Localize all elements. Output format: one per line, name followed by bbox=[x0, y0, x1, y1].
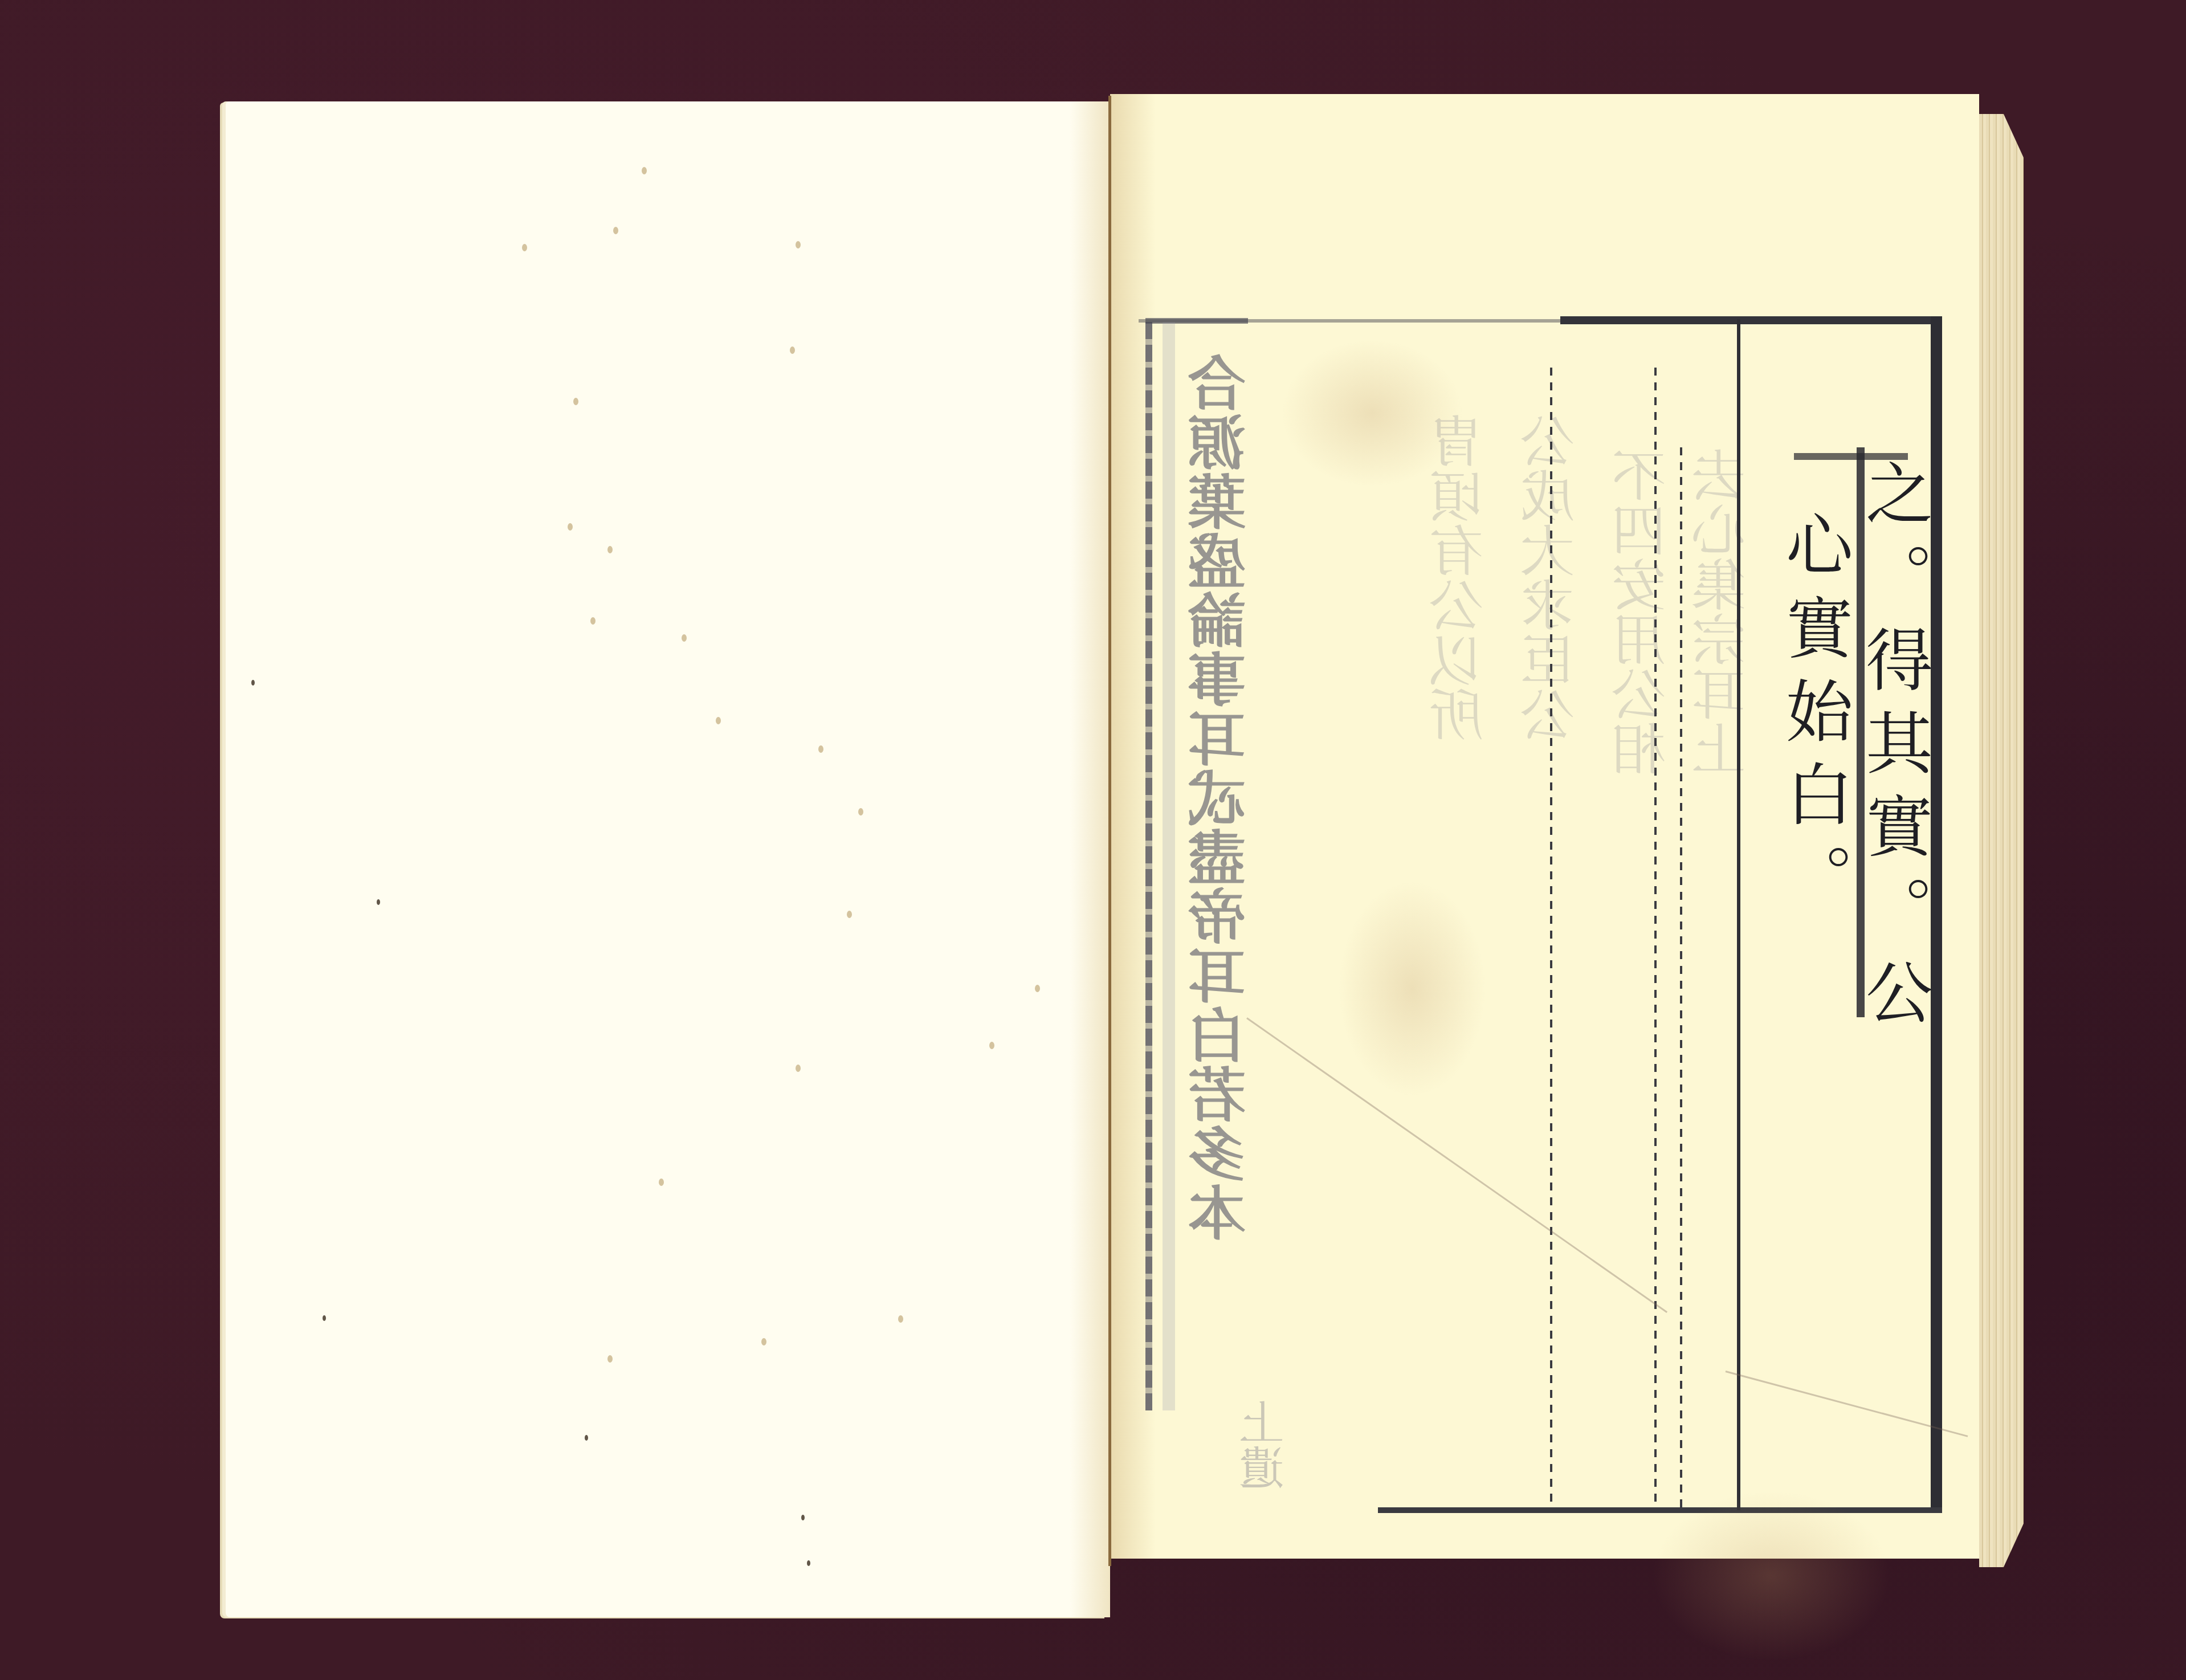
wormhole-spot bbox=[682, 634, 687, 642]
wormhole-spot bbox=[716, 717, 721, 724]
wormhole-spot bbox=[642, 167, 647, 174]
smudge-stain bbox=[1651, 1490, 1891, 1661]
wormhole-spot bbox=[659, 1179, 664, 1186]
ink-spot bbox=[585, 1435, 588, 1441]
wormhole-spot bbox=[761, 1338, 766, 1345]
wormhole-spot bbox=[607, 1355, 613, 1363]
book-scan: 合源葉盛論事耳忒盡帝耳白若多本 冑頃有公以所 公成大求臣公 不四安用公相 去心集… bbox=[0, 0, 2186, 1680]
column-rule bbox=[1737, 319, 1740, 1510]
wormhole-spot bbox=[847, 911, 852, 918]
wormhole-spot bbox=[898, 1315, 903, 1323]
column-rule-dashed bbox=[1654, 368, 1657, 1507]
wormhole-spot bbox=[818, 745, 823, 753]
column-rule-dashed bbox=[1550, 368, 1552, 1507]
ink-spot bbox=[251, 680, 255, 686]
wormhole-spot bbox=[590, 617, 596, 625]
printed-frame-top bbox=[1560, 316, 1942, 324]
ink-spot bbox=[323, 1315, 326, 1321]
wormhole-spot bbox=[790, 346, 795, 354]
ink-spot bbox=[807, 1560, 810, 1566]
left-page-blank bbox=[226, 101, 1110, 1617]
left-gutter-shadow bbox=[1070, 101, 1110, 1617]
ink-spot bbox=[377, 899, 380, 905]
wormhole-spot bbox=[796, 241, 801, 248]
column-rule-dashed bbox=[1680, 447, 1682, 1507]
wormhole-spot bbox=[613, 227, 618, 234]
wormhole-spot bbox=[573, 398, 578, 405]
page-stack-edge bbox=[1979, 114, 2024, 1567]
wormhole-spot bbox=[858, 808, 863, 815]
main-text-column-1: 之。得其實。公 bbox=[1857, 459, 1931, 1041]
wormhole-spot bbox=[796, 1065, 801, 1072]
wormhole-spot bbox=[607, 546, 613, 553]
wormhole-spot bbox=[1035, 985, 1040, 992]
wormhole-spot bbox=[522, 244, 527, 251]
wormhole-spot bbox=[989, 1042, 994, 1049]
wormhole-spot bbox=[568, 523, 573, 531]
ink-spot bbox=[801, 1515, 805, 1520]
printed-frame-bottom bbox=[1378, 1507, 1942, 1513]
main-text-column-2: 心實始白。 bbox=[1777, 510, 1851, 926]
book-gutter bbox=[1108, 96, 1111, 1566]
right-page-printed: 合源葉盛論事耳忒盡帝耳白若多本 冑頃有公以所 公成大求臣公 不四安用公相 去心集… bbox=[1110, 94, 1979, 1559]
